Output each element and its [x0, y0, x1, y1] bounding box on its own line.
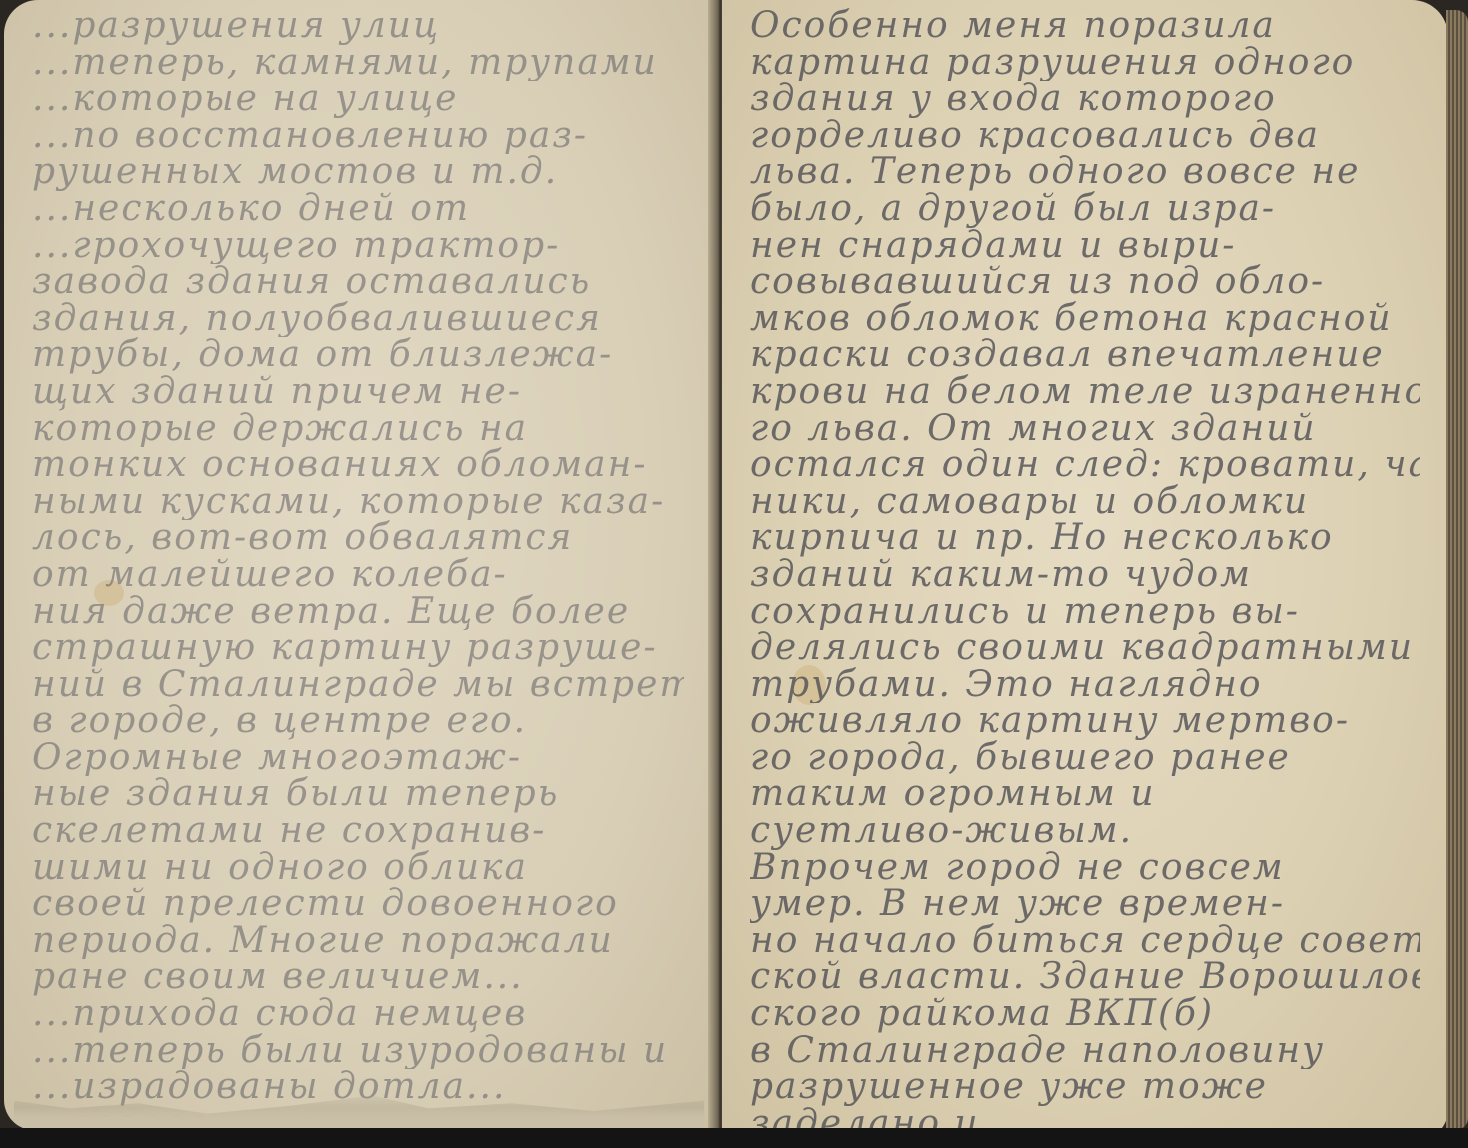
handwritten-line: ...грохочущего трактор-: [32, 228, 684, 265]
handwritten-line: ния даже ветра. Еще более: [32, 594, 684, 631]
handwritten-line: ний в Сталинграде мы встретили: [32, 667, 684, 704]
handwritten-line: крови на белом теле израненно-: [750, 374, 1420, 411]
handwritten-line: ными кусками, которые каза-: [32, 484, 684, 521]
right-page: Особенно меня поразила картина разрушени…: [722, 0, 1448, 1140]
handwritten-line: трубами. Это наглядно: [750, 667, 1420, 704]
handwritten-line: периода. Многие поражали: [32, 923, 684, 960]
handwritten-line: щих зданий причем не-: [32, 374, 684, 411]
handwritten-line: ...разрушения улиц: [32, 8, 684, 45]
notebook-spread: ...разрушения улиц ...теперь, камнями, т…: [0, 0, 1468, 1148]
handwritten-line: ники, самовары и обломки: [750, 484, 1420, 521]
handwritten-line: ...теперь были изуродованы и: [32, 1033, 684, 1070]
handwritten-line: ского райкома ВКП(б): [750, 996, 1420, 1033]
right-page-text: Особенно меня поразила картина разрушени…: [722, 0, 1448, 1140]
handwritten-line: трубы, дома от близлежа-: [32, 337, 684, 374]
handwritten-line: кирпича и пр. Но несколько: [750, 520, 1420, 557]
handwritten-line: сохранились и теперь вы-: [750, 594, 1420, 631]
handwritten-line: совывавшийся из под обло-: [750, 264, 1420, 301]
handwritten-line: ской власти. Здание Ворошилов-: [750, 959, 1420, 996]
handwritten-line: в городе, в центре его.: [32, 703, 684, 740]
handwritten-line: горделиво красовались два: [750, 118, 1420, 155]
handwritten-line: завода здания оставались: [32, 264, 684, 301]
handwritten-line: ...по восстановлению раз-: [32, 118, 684, 155]
handwritten-line: Особенно меня поразила: [750, 8, 1420, 45]
handwritten-line: тонких основаниях обломан-: [32, 447, 684, 484]
handwritten-line: делялись своими квадратными: [750, 630, 1420, 667]
left-page: ...разрушения улиц ...теперь, камнями, т…: [4, 0, 712, 1130]
handwritten-line: которые держались на: [32, 411, 684, 448]
handwritten-line: от малейшего колеба-: [32, 557, 684, 594]
scan-background: [0, 1128, 1468, 1148]
handwritten-line: льва. Теперь одного вовсе не: [750, 154, 1420, 191]
handwritten-line: умер. В нем уже времен-: [750, 886, 1420, 923]
handwritten-line: зданий каким-то чудом: [750, 557, 1420, 594]
handwritten-line: ные здания были теперь: [32, 776, 684, 813]
handwritten-line: Огромные многоэтаж-: [32, 740, 684, 777]
handwritten-line: краски создавал впечатление: [750, 337, 1420, 374]
handwritten-line: Впрочем город не совсем: [750, 850, 1420, 887]
handwritten-line: было, а другой был изра-: [750, 191, 1420, 228]
handwritten-line: го города, бывшего ранее: [750, 740, 1420, 777]
handwritten-line: ...несколько дней от: [32, 191, 684, 228]
handwritten-line: суетливо-живым.: [750, 813, 1420, 850]
handwritten-line: здания, полуобвалившиеся: [32, 301, 684, 338]
handwritten-line: картина разрушения одного: [750, 45, 1420, 82]
handwritten-line: ...прихода сюда немцев: [32, 996, 684, 1033]
handwritten-line: разрушенное уже тоже: [750, 1069, 1420, 1106]
handwritten-line: но начало биться сердце совет-: [750, 923, 1420, 960]
handwritten-line: мков обломок бетона красной: [750, 301, 1420, 338]
handwritten-line: здания у входа которого: [750, 81, 1420, 118]
handwritten-line: остался один след: кровати, чай-: [750, 447, 1420, 484]
page-block-edge: [1446, 10, 1468, 1130]
handwritten-line: го льва. От многих зданий: [750, 411, 1420, 448]
handwritten-line: скелетами не сохранив-: [32, 813, 684, 850]
handwritten-line: рушенных мостов и т.д.: [32, 154, 684, 191]
left-page-text: ...разрушения улиц ...теперь, камнями, т…: [4, 0, 712, 1130]
handwritten-line: шими ни одного облика: [32, 850, 684, 887]
handwritten-line: ране своим величием...: [32, 959, 684, 996]
handwritten-line: лось, вот-вот обвалятся: [32, 520, 684, 557]
handwritten-line: нен снарядами и выри-: [750, 228, 1420, 265]
handwritten-line: оживляло картину мертво-: [750, 703, 1420, 740]
handwritten-line: в Сталинграде наполовину: [750, 1033, 1420, 1070]
handwritten-line: своей прелести довоенного: [32, 886, 684, 923]
handwritten-line: ...которые на улице: [32, 81, 684, 118]
handwritten-line: ...теперь, камнями, трупами: [32, 45, 684, 82]
handwritten-line: таким огромным и: [750, 776, 1420, 813]
handwritten-line: страшную картину разруше-: [32, 630, 684, 667]
